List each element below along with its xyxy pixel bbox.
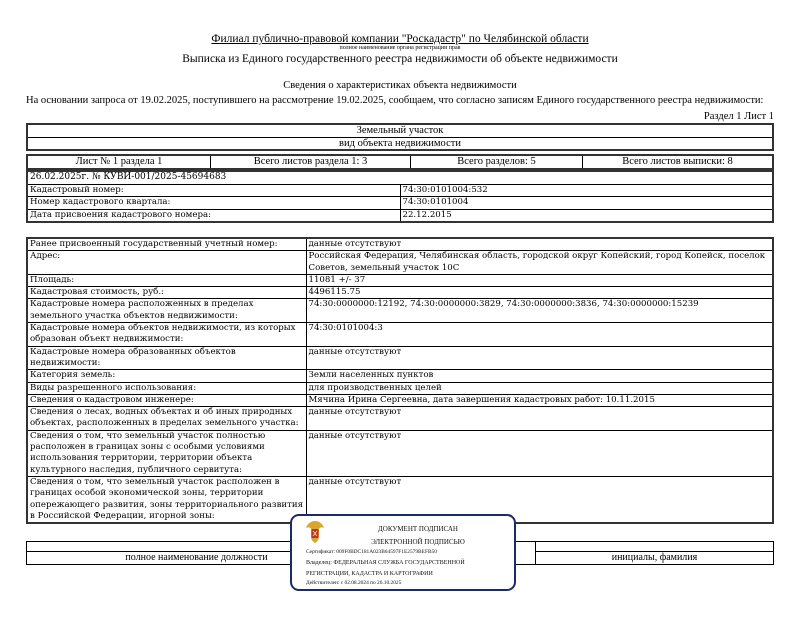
field-label: Кадастровые номера образованных объектов… — [27, 346, 306, 370]
section-sheet-label: Раздел 1 Лист 1 — [704, 111, 774, 122]
organization-caption: полное наименование органа регистрации п… — [0, 45, 800, 51]
name-field — [536, 542, 774, 552]
field-value: Российская Федерация, Челябинская област… — [306, 251, 773, 275]
field-label: Площадь: — [27, 274, 306, 286]
field-row: Ранее присвоенный государственный учетны… — [27, 238, 773, 251]
field-value: 22.12.2015 — [400, 209, 773, 222]
field-row: Дата присвоения кадастрового номера:22.1… — [27, 209, 773, 222]
object-type-caption: вид объекта недвижимости — [27, 137, 773, 150]
field-label: Кадастровые номера объектов недвижимости… — [27, 323, 306, 347]
field-value: данные отсутствуют — [306, 238, 773, 251]
object-type-table: Земельный участок вид объекта недвижимос… — [26, 123, 774, 151]
field-label: Сведения о лесах, водных объектах и об и… — [27, 407, 306, 431]
sheet-number: Лист № 1 раздела 1 — [27, 155, 211, 169]
field-row: Площадь:11081 +/- 37 — [27, 274, 773, 286]
object-type: Земельный участок — [27, 124, 773, 137]
electronic-signature-stamp: ДОКУМЕНТ ПОДПИСАН ЭЛЕКТРОННОЙ ПОДПИСЬЮ С… — [290, 514, 516, 591]
characteristics-table: Ранее присвоенный государственный учетны… — [26, 237, 774, 524]
field-label: Категория земель: — [27, 370, 306, 382]
field-value: Мячина Ирина Сергеевна, дата завершения … — [306, 394, 773, 406]
name-caption: инициалы, фамилия — [536, 552, 774, 565]
field-value: для производственных целей — [306, 382, 773, 394]
field-label: Номер кадастрового квартала: — [27, 197, 400, 210]
field-label: Адрес: — [27, 251, 306, 275]
field-value: 4496115.75 — [306, 287, 773, 299]
field-label: Кадастровая стоимость, руб.: — [27, 287, 306, 299]
total-sheets-section: Всего листов раздела 1: 3 — [211, 155, 411, 169]
document-title: Выписка из Единого государственного реес… — [0, 53, 800, 65]
total-sheets-extract: Всего листов выписки: 8 — [583, 155, 774, 169]
field-value: данные отсутствуют — [306, 430, 773, 476]
field-value: 74:30:0101004 — [400, 197, 773, 210]
basis-text: На основании запроса от 19.02.2025, пост… — [26, 95, 763, 106]
field-value: 74:30:0000000:12192, 74:30:0000000:3829,… — [306, 299, 773, 323]
field-row: Адрес:Российская Федерация, Челябинская … — [27, 251, 773, 275]
organization-name: Филиал публично-правовой компании "Роска… — [0, 33, 800, 45]
field-row: Виды разрешенного использования:для прои… — [27, 382, 773, 394]
field-label: Кадастровые номера расположенных в преде… — [27, 299, 306, 323]
field-value: 74:30:0101004:532 — [400, 184, 773, 197]
field-label: Виды разрешенного использования: — [27, 382, 306, 394]
field-row: Кадастровая стоимость, руб.:4496115.75 — [27, 287, 773, 299]
field-value: данные отсутствуют — [306, 346, 773, 370]
stamp-title-line1: ДОКУМЕНТ ПОДПИСАН — [332, 525, 504, 533]
field-label: Дата присвоения кадастрового номера: — [27, 209, 400, 222]
field-row: Сведения о кадастровом инженере:Мячина И… — [27, 394, 773, 406]
field-row: Категория земель:Земли населенных пункто… — [27, 370, 773, 382]
field-label: Сведения о кадастровом инженере: — [27, 394, 306, 406]
cadastral-info-table: 26.02.2025г. № КУВИ-001/2025-45694683 Ка… — [26, 170, 774, 223]
field-label: Кадастровый номер: — [27, 184, 400, 197]
field-label: Сведения о том, что земельный участок по… — [27, 430, 306, 476]
stamp-owner-line1: Владелец: ФЕДЕРАЛЬНАЯ СЛУЖБА ГОСУДАРСТВЕ… — [306, 560, 465, 566]
extract-number: 26.02.2025г. № КУВИ-001/2025-45694683 — [27, 171, 773, 184]
stamp-title-line2: ЭЛЕКТРОННОЙ ПОДПИСЬЮ — [332, 538, 504, 546]
section-title: Сведения о характеристиках объекта недви… — [0, 80, 800, 91]
field-row: Кадастровые номера образованных объектов… — [27, 346, 773, 370]
field-label: Сведения о том, что земельный участок ра… — [27, 476, 306, 523]
field-row: Кадастровые номера расположенных в преде… — [27, 299, 773, 323]
field-row: Номер кадастрового квартала:74:30:010100… — [27, 197, 773, 210]
stamp-validity: Действителен: с 02.08.2024 по 26.10.2025 — [306, 580, 401, 586]
field-value: Земли населенных пунктов — [306, 370, 773, 382]
field-row: Кадастровые номера объектов недвижимости… — [27, 323, 773, 347]
stamp-owner-line2: РЕГИСТРАЦИИ, КАДАСТРА И КАРТОГРАФИИ — [306, 571, 433, 577]
coat-of-arms-icon — [304, 519, 326, 545]
field-label: Ранее присвоенный государственный учетны… — [27, 238, 306, 251]
field-row: Сведения о лесах, водных объектах и об и… — [27, 407, 773, 431]
field-value: 74:30:0101004:3 — [306, 323, 773, 347]
sheets-table: Лист № 1 раздела 1 Всего листов раздела … — [26, 154, 774, 170]
field-row: Кадастровый номер:74:30:0101004:532 — [27, 184, 773, 197]
field-row: Сведения о том, что земельный участок по… — [27, 430, 773, 476]
field-value: данные отсутствуют — [306, 407, 773, 431]
total-sections: Всего разделов: 5 — [411, 155, 583, 169]
field-value: 11081 +/- 37 — [306, 274, 773, 286]
stamp-certificate: Сертификат: 009F0BDC181A023B64597F1E2579… — [306, 549, 437, 555]
